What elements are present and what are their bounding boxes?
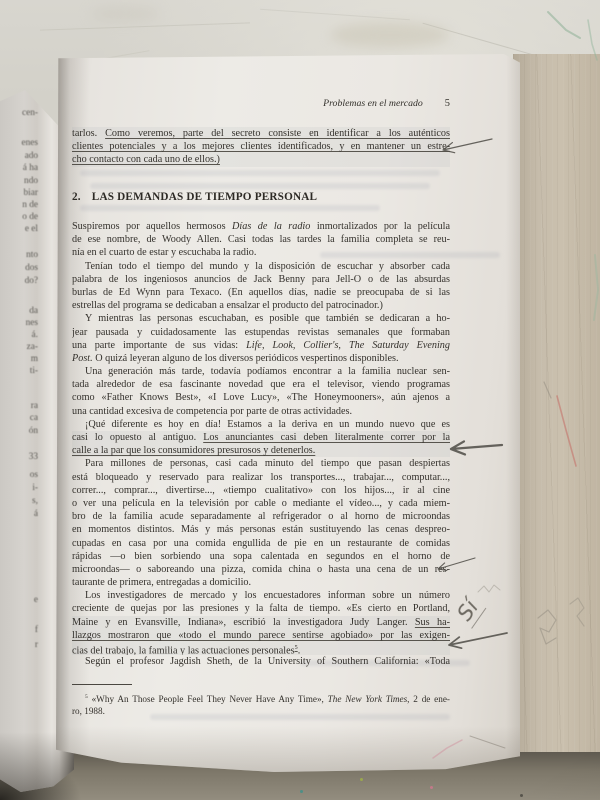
paragraph: Para millones de personas, casi cada min… bbox=[72, 457, 450, 589]
text-line: tarlos. Como veremos, parte del secreto … bbox=[72, 127, 450, 140]
text-line: jear pausada y cuidadosamente las estupe… bbox=[72, 326, 450, 339]
left-page-fragment: á ha bbox=[0, 163, 38, 173]
left-page-fragment: e el bbox=[0, 224, 38, 234]
text-segment: correr..., comprar..., divertirse..., «t… bbox=[72, 485, 450, 496]
left-page-fragment: n de bbox=[0, 200, 38, 210]
text-line: en momentos distintos. Más y más persona… bbox=[72, 523, 450, 536]
page-number: 5 bbox=[445, 98, 450, 109]
text-segment: o ver una película en la televisión por … bbox=[72, 498, 450, 509]
text-segment: Los investigadores de mercado y los encu… bbox=[85, 590, 450, 601]
text-segment: una parte importante de sus vidas: bbox=[72, 340, 246, 351]
text-line: 5 «Why An Those People Feel They Never H… bbox=[72, 691, 450, 705]
text-line: casi lo opuesto al antiguo. Los anuncian… bbox=[72, 431, 450, 444]
left-page-fragment: e bbox=[0, 595, 38, 605]
left-page-fragment: ti- bbox=[0, 366, 38, 376]
text-segment: estrellas del programa se dedicaban a en… bbox=[72, 300, 383, 311]
footnote: 5 «Why An Those People Feel They Never H… bbox=[72, 691, 450, 719]
text-line: tada alrededor de esa fascinante novedad… bbox=[72, 378, 450, 391]
ghost-text bbox=[80, 170, 440, 176]
text-segment: una cantidad excesiva de competencia por… bbox=[72, 406, 352, 417]
paragraph: Y mientras las personas escuchaban, es p… bbox=[72, 312, 450, 365]
text-segment: calle a la par que los consumidores pres… bbox=[72, 445, 315, 456]
text-line: Maine y en Evansville, Indiana», escribi… bbox=[72, 616, 450, 629]
text-segment: Como veremos, parte del secreto consiste… bbox=[105, 128, 450, 139]
text-line: ¡Qué diferente es hoy en día! Estamos a … bbox=[72, 418, 450, 431]
text-segment: Una generación más tarde, todavía podíam… bbox=[85, 366, 450, 377]
text-line: correr..., comprar..., divertirse..., «t… bbox=[72, 484, 450, 497]
left-page-fragment: da bbox=[0, 306, 38, 316]
text-segment: Y mientras las personas escuchaban, es p… bbox=[85, 313, 450, 324]
text-segment: rápidas —o bien sorbiendo una sopa calen… bbox=[72, 551, 450, 562]
text-segment: tada alrededor de esa fascinante novedad… bbox=[72, 379, 450, 390]
text-segment: llazgos mostraron que «todo el mundo par… bbox=[72, 630, 450, 641]
left-page-fragment: s, bbox=[0, 496, 38, 506]
continuation-paragraph: tarlos. Como veremos, parte del secreto … bbox=[72, 127, 450, 167]
text-segment: burlas de Ed Wynn para Texaco. (En aquel… bbox=[72, 287, 450, 298]
text-segment: creciente de quejas por las presiones y … bbox=[72, 603, 450, 614]
paint-speck bbox=[300, 790, 303, 793]
running-head-title: Problemas en el mercado bbox=[323, 98, 423, 109]
wood-grain-lines bbox=[513, 54, 600, 766]
paragraph: Tenían todo el tiempo del mundo y la dis… bbox=[72, 260, 450, 313]
paragraph: Suspiremos por aquellos hermosos Días de… bbox=[72, 220, 450, 260]
text-segment: taurante de primera, entregadas a domici… bbox=[72, 577, 251, 588]
wood-grain-strip bbox=[513, 54, 600, 766]
text-line: Una generación más tarde, todavía podíam… bbox=[72, 365, 450, 378]
text-segment: microondas— o saboreando una pizza, comi… bbox=[72, 564, 450, 575]
section-heading: 2.LAS DEMANDAS DE TIEMPO PERSONAL bbox=[72, 191, 450, 203]
text-line: Según el profesor Jagdish Sheth, de la U… bbox=[72, 655, 450, 668]
left-page-fragment: ra bbox=[0, 401, 38, 411]
text-line: calle a la par que los consumidores pres… bbox=[72, 444, 450, 457]
left-page-fragment: cen- bbox=[0, 108, 38, 118]
text-segment: jear pausada y cuidadosamente las estupe… bbox=[72, 327, 450, 338]
book-page: Problemas en el mercado5 tarlos. Como ve… bbox=[56, 54, 520, 772]
text-line: rápidas —o bien sorbiendo una sopa calen… bbox=[72, 550, 450, 563]
text-line: creciente de quejas por las presiones y … bbox=[72, 602, 450, 615]
left-page-fragment: ca bbox=[0, 413, 38, 423]
paragraph: Según el profesor Jagdish Sheth, de la U… bbox=[72, 655, 450, 668]
left-page-fragment: o de bbox=[0, 212, 38, 222]
text-segment: Sus ha- bbox=[415, 617, 450, 628]
left-page-fragment: nes bbox=[0, 318, 38, 328]
text-line: bro de la familia acude separadamente al… bbox=[72, 510, 450, 523]
left-page-fragment: ado bbox=[0, 151, 38, 161]
text-line: Los investigadores de mercado y los encu… bbox=[72, 589, 450, 602]
text-line: Y mientras las personas escuchaban, es p… bbox=[72, 312, 450, 325]
text-segment: cias del trabajo, la familia y las actua… bbox=[72, 645, 295, 655]
text-line: burlas de Ed Wynn para Texaco. (En aquel… bbox=[72, 286, 450, 299]
text-line: Para millones de personas, casi cada min… bbox=[72, 457, 450, 470]
text-line: o ver una película en la televisión por … bbox=[72, 497, 450, 510]
text-line: de ese nombre, de Woody Allen. Casi toda… bbox=[72, 233, 450, 246]
text-segment: palabra de los ingeniosos anuncios de Ja… bbox=[72, 274, 450, 285]
paint-speck bbox=[430, 786, 433, 789]
text-line: una parte importante de sus vidas: Life,… bbox=[72, 339, 450, 352]
text-segment: . bbox=[298, 645, 301, 655]
text-segment: bro de la familia acude separadamente al… bbox=[72, 511, 450, 522]
text-line: llazgos mostraron que «todo el mundo par… bbox=[72, 629, 450, 642]
left-page-fragment: r bbox=[0, 640, 38, 650]
text-line: está bloqueado y reservado para realizar… bbox=[72, 471, 450, 484]
text-line: taurante de primera, entregadas a domici… bbox=[72, 576, 450, 589]
text-segment: Suspiremos por aquellos hermosos bbox=[72, 221, 232, 232]
text-segment: The New York Times bbox=[328, 694, 408, 704]
text-line: como «Father Knows Best», «I Love Lucy»,… bbox=[72, 391, 450, 404]
left-page-fragment: ndo bbox=[0, 176, 38, 186]
left-page-fragment: á. bbox=[0, 330, 38, 340]
paragraph: Una generación más tarde, todavía podíam… bbox=[72, 365, 450, 418]
paragraph: Los investigadores de mercado y los encu… bbox=[72, 589, 450, 655]
left-page-fragment: enes bbox=[0, 138, 38, 148]
text-segment: tarlos. bbox=[72, 128, 105, 139]
left-page-fragment: i- bbox=[0, 483, 38, 493]
footnote-separator bbox=[72, 684, 132, 685]
left-page-fragment: f bbox=[0, 625, 38, 635]
text-segment: Días de la radio bbox=[232, 221, 310, 232]
text-line: Post. O quizá leyeran alguno de los dive… bbox=[72, 352, 450, 365]
text-segment: Tenían todo el tiempo del mundo y la dis… bbox=[85, 261, 450, 272]
text-segment: Maine y en Evansville, Indiana», escribi… bbox=[72, 617, 415, 628]
text-segment: clientes potenciales y a los mejores cli… bbox=[72, 141, 450, 152]
text-segment: nía en el cuarto de estar y escuchaba la… bbox=[72, 247, 256, 258]
left-page-fragment: za- bbox=[0, 342, 38, 352]
text-segment: Para millones de personas, casi cada min… bbox=[85, 458, 450, 469]
text-segment: «Why An Those People Feel They Never Hav… bbox=[88, 694, 328, 704]
text-line: palabra de los ingeniosos anuncios de Ja… bbox=[72, 273, 450, 286]
text-line: cias del trabajo, la familia y las actua… bbox=[72, 642, 450, 655]
text-line: cho contacto con cada uno de ellos.) bbox=[72, 153, 450, 166]
left-page-fragment: biar bbox=[0, 188, 38, 198]
text-segment: Los anunciantes casi deben literalmente … bbox=[203, 432, 450, 443]
text-line: estrellas del programa se dedicaban a en… bbox=[72, 299, 450, 312]
text-segment: de ese nombre, de Woody Allen. Casi toda… bbox=[72, 234, 450, 245]
left-page-fragment: do? bbox=[0, 276, 38, 286]
left-page-fragment: ón bbox=[0, 426, 38, 436]
text-line: nía en el cuarto de estar y escuchaba la… bbox=[72, 246, 450, 259]
text-segment: casi lo opuesto al antiguo. bbox=[72, 432, 203, 443]
text-line: cupadas en casa por una comida engullida… bbox=[72, 537, 450, 550]
ghost-text bbox=[90, 183, 430, 189]
left-page-fragment: m bbox=[0, 354, 38, 364]
text-segment: Life, Look, Collier's, The Saturday Even… bbox=[246, 340, 450, 351]
text-line: una cantidad excesiva de competencia por… bbox=[72, 405, 450, 418]
text-segment: , 2 de ene- bbox=[407, 694, 450, 704]
left-page-fragment: nto bbox=[0, 250, 38, 260]
text-line: clientes potenciales y a los mejores cli… bbox=[72, 140, 450, 153]
text-segment: Post. bbox=[72, 353, 93, 364]
body-text: Suspiremos por aquellos hermosos Días de… bbox=[72, 220, 450, 668]
section-heading-number: 2. bbox=[72, 191, 81, 203]
left-page-fragment: 33 bbox=[0, 452, 38, 462]
left-page-fragment: á bbox=[0, 509, 38, 519]
section-heading-title: LAS DEMANDAS DE TIEMPO PERSONAL bbox=[92, 191, 317, 203]
paint-speck bbox=[360, 778, 363, 781]
text-line: Suspiremos por aquellos hermosos Días de… bbox=[72, 220, 450, 233]
text-segment: ¡Qué diferente es hoy en día! Estamos a … bbox=[85, 419, 450, 430]
text-line: microondas— o saboreando una pizza, comi… bbox=[72, 563, 450, 576]
left-page-fragment: dos bbox=[0, 263, 38, 273]
text-segment: inmortalizados por la película bbox=[310, 221, 450, 232]
paint-speck bbox=[520, 794, 523, 797]
text-line: Tenían todo el tiempo del mundo y la dis… bbox=[72, 260, 450, 273]
ghost-text bbox=[80, 205, 380, 211]
text-segment: cho contacto con cada uno de ellos.) bbox=[72, 154, 220, 165]
paragraph: ¡Qué diferente es hoy en día! Estamos a … bbox=[72, 418, 450, 458]
left-page-fragment: os bbox=[0, 470, 38, 480]
text-segment: como «Father Knows Best», «I Love Lucy»,… bbox=[72, 392, 450, 403]
text-segment: en momentos distintos. Más y más persona… bbox=[72, 524, 450, 535]
text-segment: Según el profesor Jagdish Sheth, de la U… bbox=[85, 656, 450, 667]
text-line: ro, 1988. bbox=[72, 705, 450, 719]
text-segment: ro, 1988. bbox=[72, 706, 105, 716]
text-segment: cupadas en casa por una comida engullida… bbox=[72, 538, 450, 549]
text-segment: está bloqueado y reservado para realizar… bbox=[72, 472, 450, 483]
text-segment: O quizá leyeran alguno de los diversos p… bbox=[93, 353, 399, 364]
running-head: Problemas en el mercado5 bbox=[72, 98, 450, 109]
